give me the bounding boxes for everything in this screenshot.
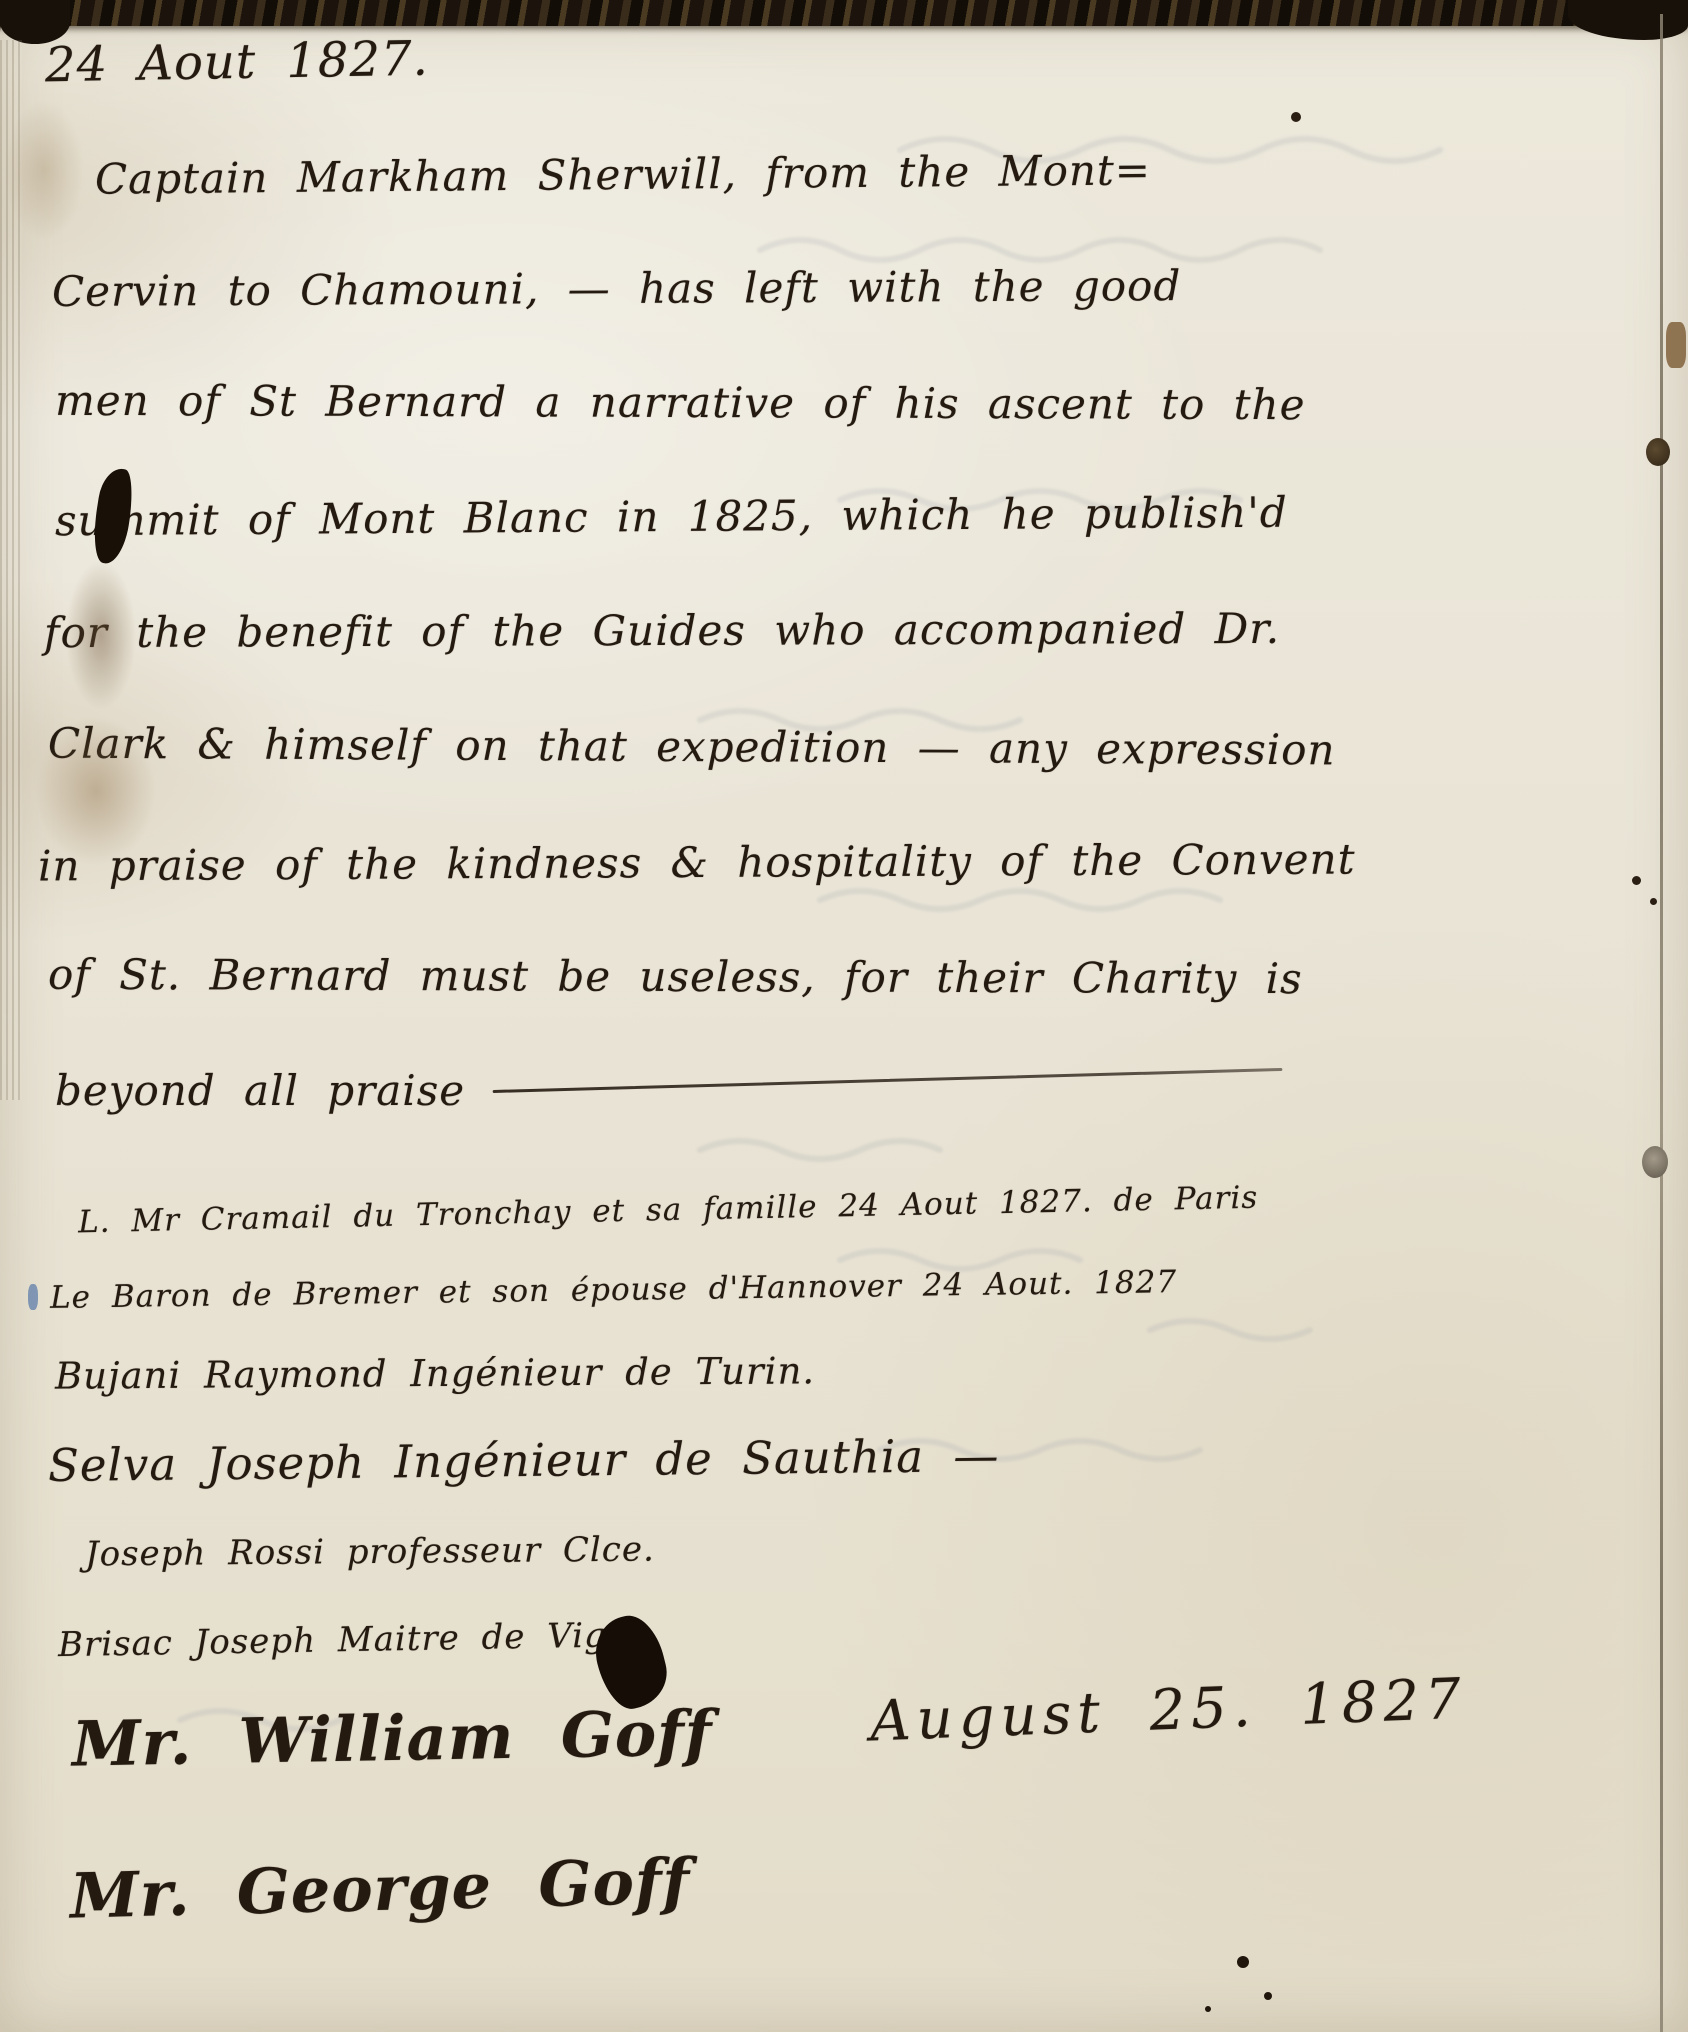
entry-line: Captain Markham Sherwill, from the Mont= [95, 145, 1151, 203]
ink-speck [1237, 1956, 1249, 1968]
page-stack-edge [0, 40, 22, 1100]
signature-line: Mr. William Goff [71, 1696, 713, 1780]
entry-line: summit of Mont Blanc in 1825, which he p… [55, 488, 1288, 546]
entry-line: of St. Bernard must be useless, for thei… [48, 950, 1303, 1003]
entry-line: in praise of the kindness & hospitality … [38, 835, 1356, 891]
entry-line: Clark & himself on that expedition — any… [48, 719, 1336, 775]
binding-thread [1660, 14, 1663, 2032]
date-heading: 24 Aout 1827. [45, 31, 430, 94]
marbled-cover-edge [0, 0, 1688, 26]
binding-knot [1646, 438, 1670, 466]
manuscript-scan: 24 Aout 1827. Captain Markham Sherwill, … [0, 0, 1688, 2032]
entry-line: Cervin to Chamouni, — has left with the … [52, 261, 1182, 316]
binding-pin [1642, 1146, 1668, 1178]
signature-line: Joseph Rossi professeur Clce. [85, 1530, 655, 1575]
ink-speck [1291, 112, 1301, 122]
binding-tab [1666, 322, 1686, 368]
entry-line: men of St Bernard a narrative of his asc… [55, 376, 1306, 429]
blue-mark [28, 1284, 38, 1310]
ink-speck [1264, 1992, 1272, 2000]
signature-line: Selva Joseph Ingénieur de Sauthia — [48, 1429, 1000, 1492]
entry-line: for the benefit of the Guides who accomp… [44, 604, 1280, 657]
ink-speck [1650, 898, 1657, 905]
signature-line: Mr. George Goff [69, 1844, 691, 1932]
signature-line: Bujani Raymond Ingénieur de Turin. [55, 1349, 815, 1397]
ink-speck [1632, 876, 1641, 885]
ink-speck [1205, 2006, 1211, 2012]
flourish-rule [493, 1068, 1283, 1093]
entry-line: beyond all praise [55, 1066, 465, 1115]
